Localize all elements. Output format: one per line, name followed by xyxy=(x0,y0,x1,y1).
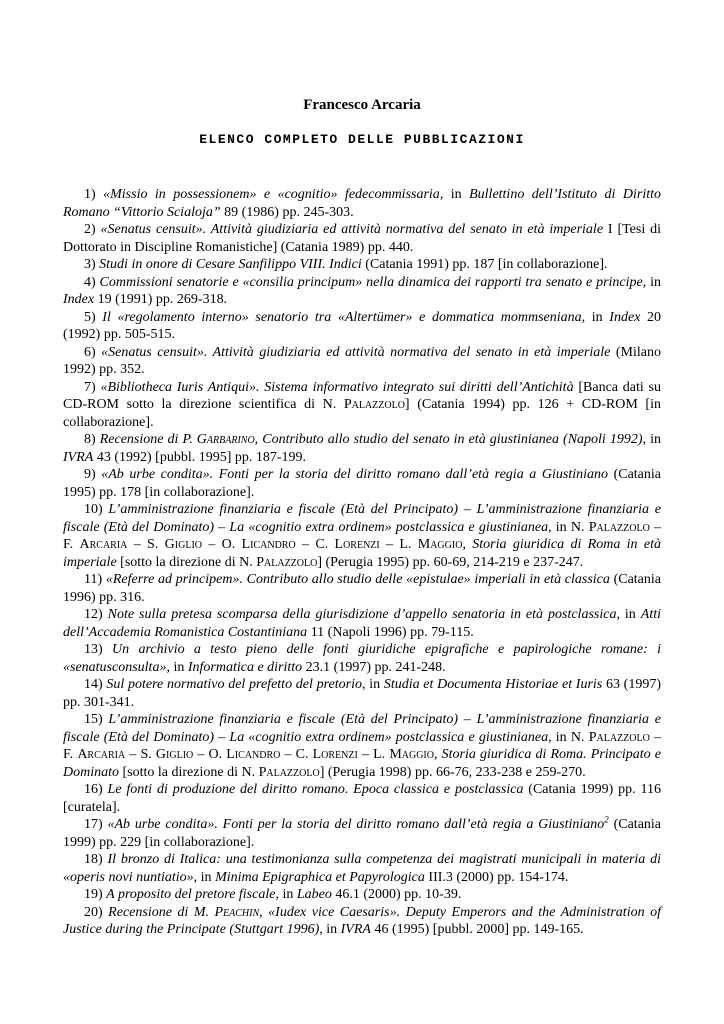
publication-text-segment: Licandro xyxy=(242,537,296,552)
publication-item: 20) Recensione di M. Peachin, «Iudex vic… xyxy=(63,904,661,939)
publication-text-segment: 13) xyxy=(84,642,112,657)
publication-text-segment: , in N. xyxy=(548,520,589,535)
publication-text-segment: «Senatus censuit». Attività giudiziaria … xyxy=(101,222,603,237)
publication-text-segment: – S. xyxy=(125,747,156,762)
publication-text-segment: – O. xyxy=(202,537,242,552)
publication-text-segment: , Contributo allo studio del senato in e… xyxy=(255,432,643,447)
publication-item: 11) «Referre ad principem». Contributo a… xyxy=(63,571,661,606)
publication-text-segment: – O. xyxy=(193,747,226,762)
publication-text-segment: , in xyxy=(166,660,187,675)
publication-text-segment: IVRA xyxy=(63,450,93,465)
publication-text-segment: , in xyxy=(616,607,640,622)
publication-text-segment: 18) xyxy=(84,852,107,867)
publication-text-segment: Index xyxy=(63,292,94,307)
publication-text-segment: 3) xyxy=(84,257,99,272)
publication-text-segment: , in xyxy=(440,187,469,202)
publication-text-segment: 46 (1995) [pubbl. 2000] pp. 149-165. xyxy=(371,922,584,937)
publication-text-segment: 1) xyxy=(84,187,103,202)
publication-text-segment: 11) xyxy=(84,572,106,587)
publication-text-segment: Peachin xyxy=(214,905,259,920)
publication-text-segment: Garbarino xyxy=(197,432,255,447)
publication-item: 15) L’amministrazione finanziaria e fisc… xyxy=(63,711,661,781)
publication-item: 16) Le fonti di produzione del diritto r… xyxy=(63,781,661,816)
publication-text-segment: , in xyxy=(194,870,215,885)
document-page: Francesco Arcaria ELENCO COMPLETO DELLE … xyxy=(0,0,724,1024)
publication-text-segment: , xyxy=(434,747,442,762)
publication-text-segment: 2) xyxy=(84,222,101,237)
publication-text-segment: Giglio xyxy=(156,747,193,762)
publication-text-segment: Lorenzi xyxy=(335,537,380,552)
publication-text-segment: 7) xyxy=(84,380,100,395)
publication-text-segment: , in xyxy=(582,310,610,325)
publication-text-segment: Il «regolamento interno» senatorio tra «… xyxy=(102,310,581,325)
publication-text-segment: Licandro xyxy=(226,747,280,762)
publication-text-segment: 14) xyxy=(84,677,106,692)
publication-text-segment: Lorenzi xyxy=(313,747,358,762)
publication-text-segment: [sotto la direzione di N. xyxy=(117,555,257,570)
publication-text-segment: 8) xyxy=(84,432,100,447)
publications-list: 1) «Missio in possessionem» e «cognitio»… xyxy=(63,186,661,939)
publication-text-segment: 11 (Napoli 1996) pp. 79-115. xyxy=(307,625,474,640)
publication-text-segment: 16) xyxy=(84,782,108,797)
author-name: Francesco Arcaria xyxy=(63,96,661,114)
publication-text-segment: Note sulla pretesa scomparsa della giuri… xyxy=(108,607,617,622)
publication-text-segment: 19 (1991) pp. 269-318. xyxy=(94,292,227,307)
publication-item: 10) L’amministrazione finanziaria e fisc… xyxy=(63,501,661,571)
publication-text-segment: – L. xyxy=(358,747,389,762)
publication-text-segment: – C. xyxy=(296,537,335,552)
publication-text-segment: , xyxy=(462,537,472,552)
publication-text-segment: – C. xyxy=(280,747,312,762)
publication-text-segment: ] (Perugia 1998) pp. 66-76, 233-238 e 25… xyxy=(320,765,586,780)
publication-text-segment: 15) xyxy=(84,712,108,727)
publication-text-segment: , in xyxy=(319,922,340,937)
publication-text-segment: Arcaria xyxy=(77,747,125,762)
document-title: ELENCO COMPLETO DELLE PUBBLICAZIONI xyxy=(63,132,661,148)
publication-text-segment: Recensione di M. xyxy=(108,905,214,920)
publication-text-segment: Informatica e diritto xyxy=(188,660,302,675)
publication-text-segment: A proposito del pretore fiscale xyxy=(106,887,275,902)
publication-text-segment: 10) xyxy=(84,502,108,517)
publication-item: 9) «Ab urbe condita». Fonti per la stori… xyxy=(63,466,661,501)
publication-text-segment: – S. xyxy=(127,537,164,552)
publication-text-segment: Maggio xyxy=(418,537,463,552)
publication-text-segment: 89 (1986) pp. 245-303. xyxy=(221,205,354,220)
publication-text-segment: Maggio xyxy=(389,747,434,762)
publication-text-segment: , in xyxy=(275,887,296,902)
publication-text-segment: Index xyxy=(609,310,640,325)
publication-item: 18) Il bronzo di Italica: una testimonia… xyxy=(63,851,661,886)
publication-item: 17) «Ab urbe condita». Fonti per la stor… xyxy=(63,816,661,851)
publication-text-segment: 20) xyxy=(84,905,108,920)
publication-text-segment: , in xyxy=(362,677,384,692)
publication-text-segment: 43 (1992) [pubbl. 1995] pp. 187-199. xyxy=(93,450,306,465)
publication-text-segment: «Senatus censuit». Attività giudiziaria … xyxy=(101,345,610,360)
publication-text-segment: Arcaria xyxy=(80,537,128,552)
publication-text-segment: 19) xyxy=(84,887,106,902)
publication-text-segment: 23.1 (1997) pp. 241-248. xyxy=(302,660,446,675)
publication-text-segment: Palazzolo xyxy=(259,765,320,780)
publication-text-segment: Commissioni senatorie e «consilia princi… xyxy=(100,275,643,290)
publication-text-segment: IVRA xyxy=(341,922,371,937)
publication-item: 3) Studi in onore di Cesare Sanfilippo V… xyxy=(63,256,661,274)
publication-text-segment: 46.1 (2000) pp. 10-39. xyxy=(332,887,462,902)
publication-text-segment: Studia et Documenta Historiae et Iuris xyxy=(384,677,602,692)
publication-item: 1) «Missio in possessionem» e «cognitio»… xyxy=(63,186,661,221)
publication-item: 5) Il «regolamento interno» senatorio tr… xyxy=(63,309,661,344)
publication-item: 8) Recensione di P. Garbarino, Contribut… xyxy=(63,431,661,466)
publication-text-segment: ] (Perugia 1995) pp. 60-69, 214-219 e 23… xyxy=(317,555,583,570)
publication-text-segment: Giglio xyxy=(165,537,202,552)
publication-text-segment: Palazzolo xyxy=(256,555,317,570)
publication-text-segment: Studi in onore di Cesare Sanfilippo VIII… xyxy=(99,257,362,272)
publication-text-segment: , in xyxy=(643,275,661,290)
publication-text-segment: «Bibliotheca Iuris Antiqui». Sistema inf… xyxy=(100,380,573,395)
publication-text-segment: 9) xyxy=(84,467,101,482)
publication-text-segment: [sotto la direzione di N. xyxy=(119,765,259,780)
publication-text-segment: – L. xyxy=(380,537,418,552)
publication-text-segment: Palazzolo xyxy=(589,730,650,745)
publication-text-segment: Labeo xyxy=(297,887,332,902)
publication-text-segment: , in N. xyxy=(548,730,589,745)
publication-text-segment: 6) xyxy=(84,345,101,360)
publication-text-segment: Recensione di P. xyxy=(100,432,197,447)
publication-item: 7) «Bibliotheca Iuris Antiqui». Sistema … xyxy=(63,379,661,432)
publication-text-segment: (Catania 1991) pp. 187 [in collaborazion… xyxy=(362,257,608,272)
publication-item: 14) Sul potere normativo del prefetto de… xyxy=(63,676,661,711)
publication-item: 19) A proposito del pretore fiscale, in … xyxy=(63,886,661,904)
publication-text-segment: «Missio in possessionem» e «cognitio» fe… xyxy=(103,187,440,202)
publication-item: 2) «Senatus censuit». Attività giudiziar… xyxy=(63,221,661,256)
publication-text-segment: 12) xyxy=(84,607,108,622)
publication-text-segment: Minima Epigraphica et Papyrologica xyxy=(215,870,425,885)
publication-text-segment: «Ab urbe condita». Fonti per la storia d… xyxy=(107,817,604,832)
publication-text-segment: 17) xyxy=(84,817,107,832)
publication-text-segment: III.3 (2000) pp. 154-174. xyxy=(425,870,568,885)
publication-text-segment: Palazzolo xyxy=(589,520,650,535)
publication-text-segment: «Ab urbe condita». Fonti per la storia d… xyxy=(101,467,608,482)
publication-text-segment: Palazzolo xyxy=(344,397,405,412)
publication-text-segment: «Referre ad principem». Contributo allo … xyxy=(106,572,610,587)
publication-item: 12) Note sulla pretesa scomparsa della g… xyxy=(63,606,661,641)
publication-text-segment: , in xyxy=(643,432,661,447)
publication-item: 6) «Senatus censuit». Attività giudiziar… xyxy=(63,344,661,379)
publication-item: 13) Un archivio a testo pieno delle font… xyxy=(63,641,661,676)
publication-text-segment: Sul potere normativo del prefetto del pr… xyxy=(106,677,362,692)
publication-text-segment: Le fonti di produzione del diritto roman… xyxy=(108,782,524,797)
publication-item: 4) Commissioni senatorie e «consilia pri… xyxy=(63,274,661,309)
publication-text-segment: 5) xyxy=(84,310,102,325)
publication-text-segment: 4) xyxy=(84,275,100,290)
